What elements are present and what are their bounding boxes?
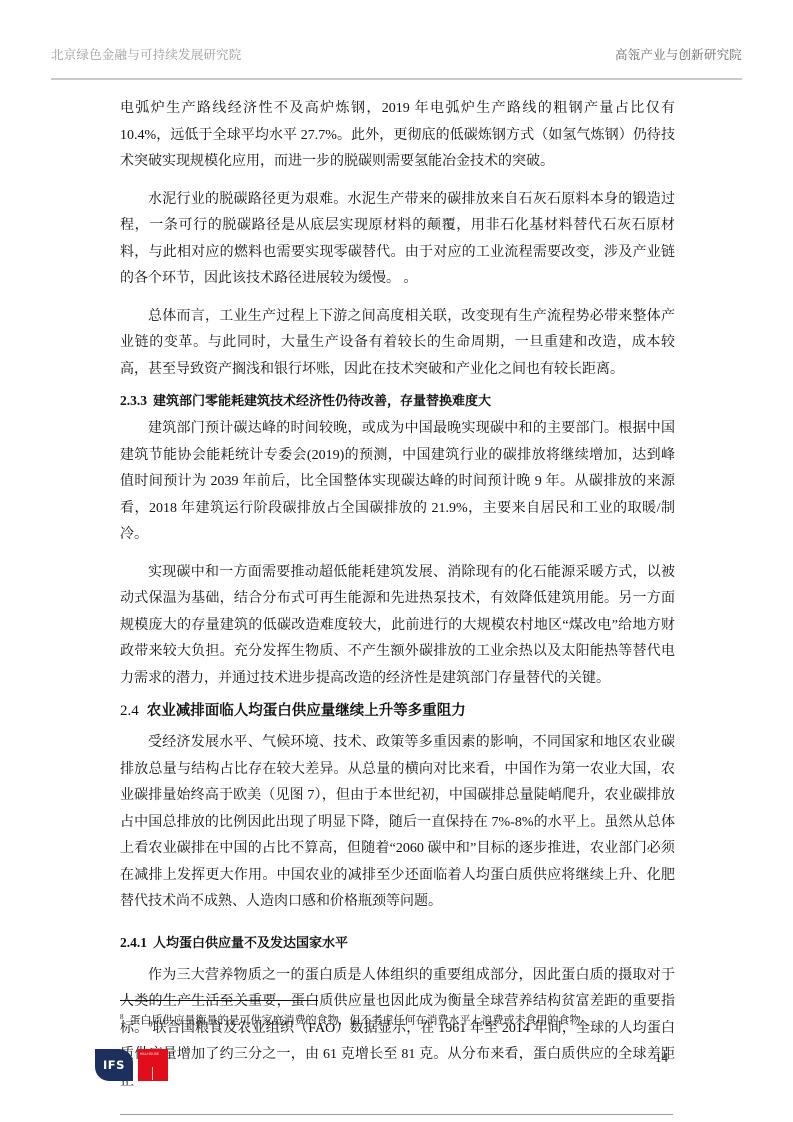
footnote-divider <box>120 1000 318 1001</box>
heading-number: 2.4.1 <box>120 935 147 950</box>
paragraph-building-retrofit: 实现碳中和一方面需要推动超低能耗建筑发展、消除现有的化石能源采暖方式，以被动式保… <box>120 560 675 693</box>
footnote-text: 蛋白质供应量衡量的是可供家庭消费的食物，但不考虑任何在消费水平上浪费或未食用的食… <box>130 1015 592 1027</box>
heading-2-4-1: 2.4.1人均蛋白供应量不及发达国家水平 <box>120 932 675 955</box>
paragraph-cement: 水泥行业的脱碳路径更为艰难。水泥生产带来的碳排放来自石灰石原料本身的锻造过程，一… <box>120 187 675 293</box>
ifs-logo-text: IFS <box>103 1058 125 1072</box>
page-header: 北京绿色金融与可持续发展研究院 高瓴产业与创新研究院 <box>51 38 742 68</box>
heading-title: 建筑部门零能耗建筑技术经济性仍待改善，存量替换难度大 <box>153 394 491 409</box>
paragraph-protein: 作为三大营养物质之一的蛋白质是人体组织的重要组成部分，因此蛋白质的摄取对于人类的… <box>120 963 675 1096</box>
paragraph-protein-part2: 联合国粮食及农业组织（FAO）数据显示，在 1961 年至 2014 年间，全球… <box>120 1021 675 1089</box>
heading-title: 人均蛋白供应量不及发达国家水平 <box>153 936 348 951</box>
heading-title: 农业减排面临人均蛋白供应量继续上升等多重阻力 <box>147 703 466 719</box>
heading-2-3-3: 2.3.3建筑部门零能耗建筑技术经济性仍待改善，存量替换难度大 <box>120 390 675 413</box>
footer-divider <box>120 1114 673 1115</box>
page-body: 电弧炉生产路线经济性不及高炉炼钢，2019 年电弧炉生产路线的粗钢产量占比仅有 … <box>120 96 675 1095</box>
paragraph-agriculture: 受经济发展水平、气候环境、技术、政策等多重因素的影响，不同国家和地区农业碳排放总… <box>120 730 675 916</box>
paragraph-industry-summary: 总体而言，工业生产过程上下游之间高度相关联，改变现有生产流程势必带来整体产业链的… <box>120 304 675 384</box>
paragraph-building-peak: 建筑部门预计碳达峰的时间较晚，或成为中国最晚实现碳中和的主要部门。根据中国建筑节… <box>120 416 675 549</box>
header-institute-right: 高瓴产业与创新研究院 <box>615 45 742 63</box>
heading-number: 2.4 <box>120 703 139 719</box>
heading-2-4: 2.4农业减排面临人均蛋白供应量继续上升等多重阻力 <box>120 698 675 724</box>
heading-number: 2.3.3 <box>120 393 147 408</box>
footnote-mark: 8 <box>120 1013 124 1021</box>
hillhouse-logo-mark <box>152 1067 153 1080</box>
header-institute-left: 北京绿色金融与可持续发展研究院 <box>51 45 242 63</box>
page-number: 14 <box>655 1050 668 1066</box>
hillhouse-logo: HILLHOUSE <box>138 1049 168 1081</box>
header-divider <box>51 78 742 80</box>
hillhouse-logo-text: HILLHOUSE <box>140 1052 159 1056</box>
footnote: 8蛋白质供应量衡量的是可供家庭消费的食物，但不考虑任何在消费水平上浪费或未食用的… <box>120 1009 680 1029</box>
paragraph-steel: 电弧炉生产路线经济性不及高炉炼钢，2019 年电弧炉生产路线的粗钢产量占比仅有 … <box>120 96 675 176</box>
ifs-logo: IFS <box>95 1049 133 1081</box>
